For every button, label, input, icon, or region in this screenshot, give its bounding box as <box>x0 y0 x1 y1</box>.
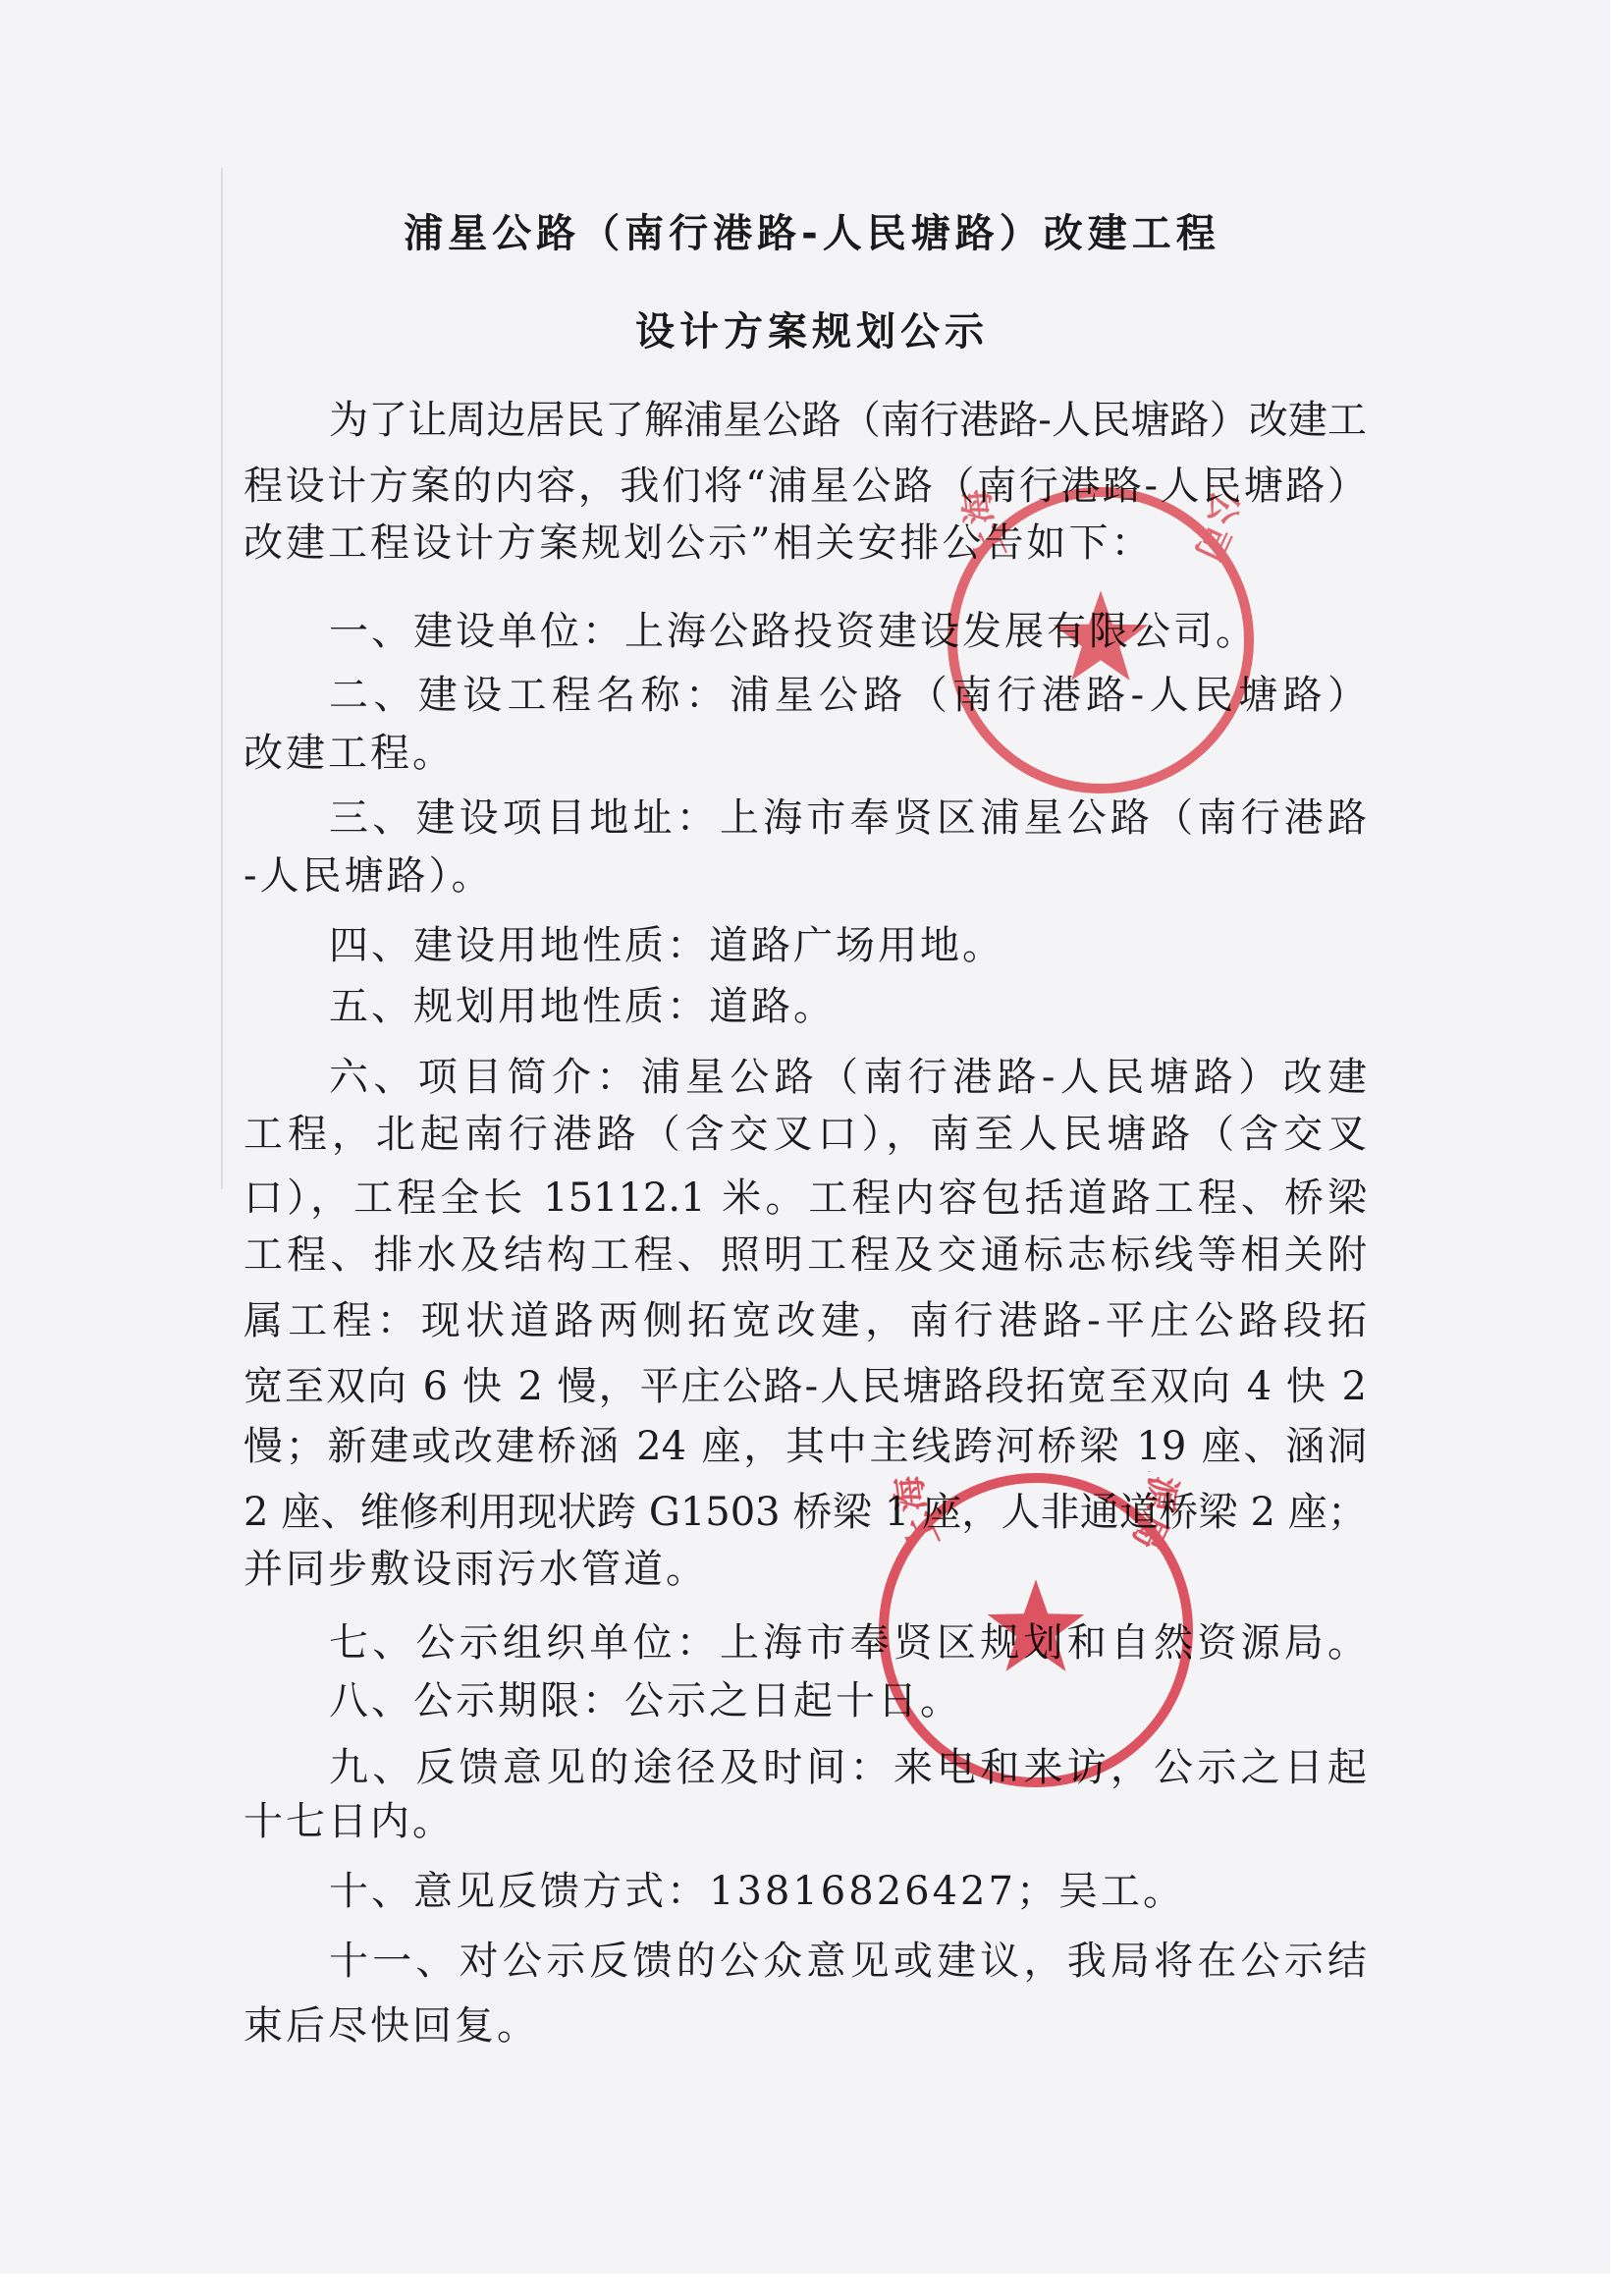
body-line: 束后尽快回复。 <box>244 1998 539 2053</box>
body-line: 改建工程。 <box>244 726 455 781</box>
body-line: 七、公示组织单位：上海市奉贤区规划和自然资源局。 <box>329 1615 1367 1670</box>
body-line: 五、规划用地性质：道路。 <box>329 979 836 1034</box>
body-line: 宽至双向 6 快 2 慢，平庄公路-人民塘路段拓宽至双向 4 快 2 <box>244 1359 1367 1414</box>
body-line: 十七日内。 <box>244 1794 455 1849</box>
document-subtitle: 设计方案规划公示 <box>0 312 1624 352</box>
body-line: 2 座、维修利用现状跨 G1503 桥梁 1 座，人非通道桥梁 2 座； <box>244 1485 1367 1540</box>
document-title: 浦星公路（南行港路-人民塘路）改建工程 <box>0 214 1624 253</box>
body-line: 属工程：现状道路两侧拓宽改建，南行港路-平庄公路段拓 <box>244 1293 1367 1348</box>
body-line: 八、公示期限：公示之日起十日。 <box>329 1673 962 1728</box>
svg-text:上海市奉贤区规划和自然资源局: 上海市奉贤区规划和自然资源局 <box>889 1471 1182 1556</box>
body-line: -人民塘路）。 <box>244 848 494 903</box>
official-seal: 上海公路投资建设发展有限公司 <box>946 485 1256 795</box>
body-line: 十、意见反馈方式：13816826427；吴工。 <box>329 1864 1185 1919</box>
svg-text:上海公路投资建设发展有限公司: 上海公路投资建设发展有限公司 <box>957 485 1244 567</box>
body-line: 并同步敷设雨污水管道。 <box>244 1542 708 1597</box>
body-line: 十一、对公示反馈的公众意见或建议，我局将在公示结 <box>329 1934 1367 1989</box>
body-line: 工程，北起南行港路（含交叉口），南至人民塘路（含交叉 <box>244 1107 1367 1162</box>
official-seal: 上海市奉贤区规划和自然资源局 <box>877 1471 1195 1789</box>
body-line: 六、项目简介：浦星公路（南行港路-人民塘路）改建 <box>329 1050 1367 1105</box>
body-line: 九、反馈意见的途径及时间：来电和来访，公示之日起 <box>329 1740 1367 1795</box>
body-line: 慢；新建或改建桥涵 24 座，其中主线跨河桥梁 19 座、涵洞 <box>244 1419 1367 1474</box>
star-icon <box>988 1579 1085 1671</box>
body-line: 口），工程全长 15112.1 米。工程内容包括道路工程、桥梁 <box>244 1171 1367 1226</box>
body-line: 三、建设项目地址：上海市奉贤区浦星公路（南行港路 <box>329 791 1367 846</box>
star-icon <box>1054 590 1148 681</box>
body-line: 工程、排水及结构工程、照明工程及交通标志标线等相关附 <box>244 1228 1367 1283</box>
body-line: 四、建设用地性质：道路广场用地。 <box>329 918 1004 973</box>
body-line: 为了让周边居民了解浦星公路（南行港路-人民塘路）改建工 <box>329 393 1367 448</box>
